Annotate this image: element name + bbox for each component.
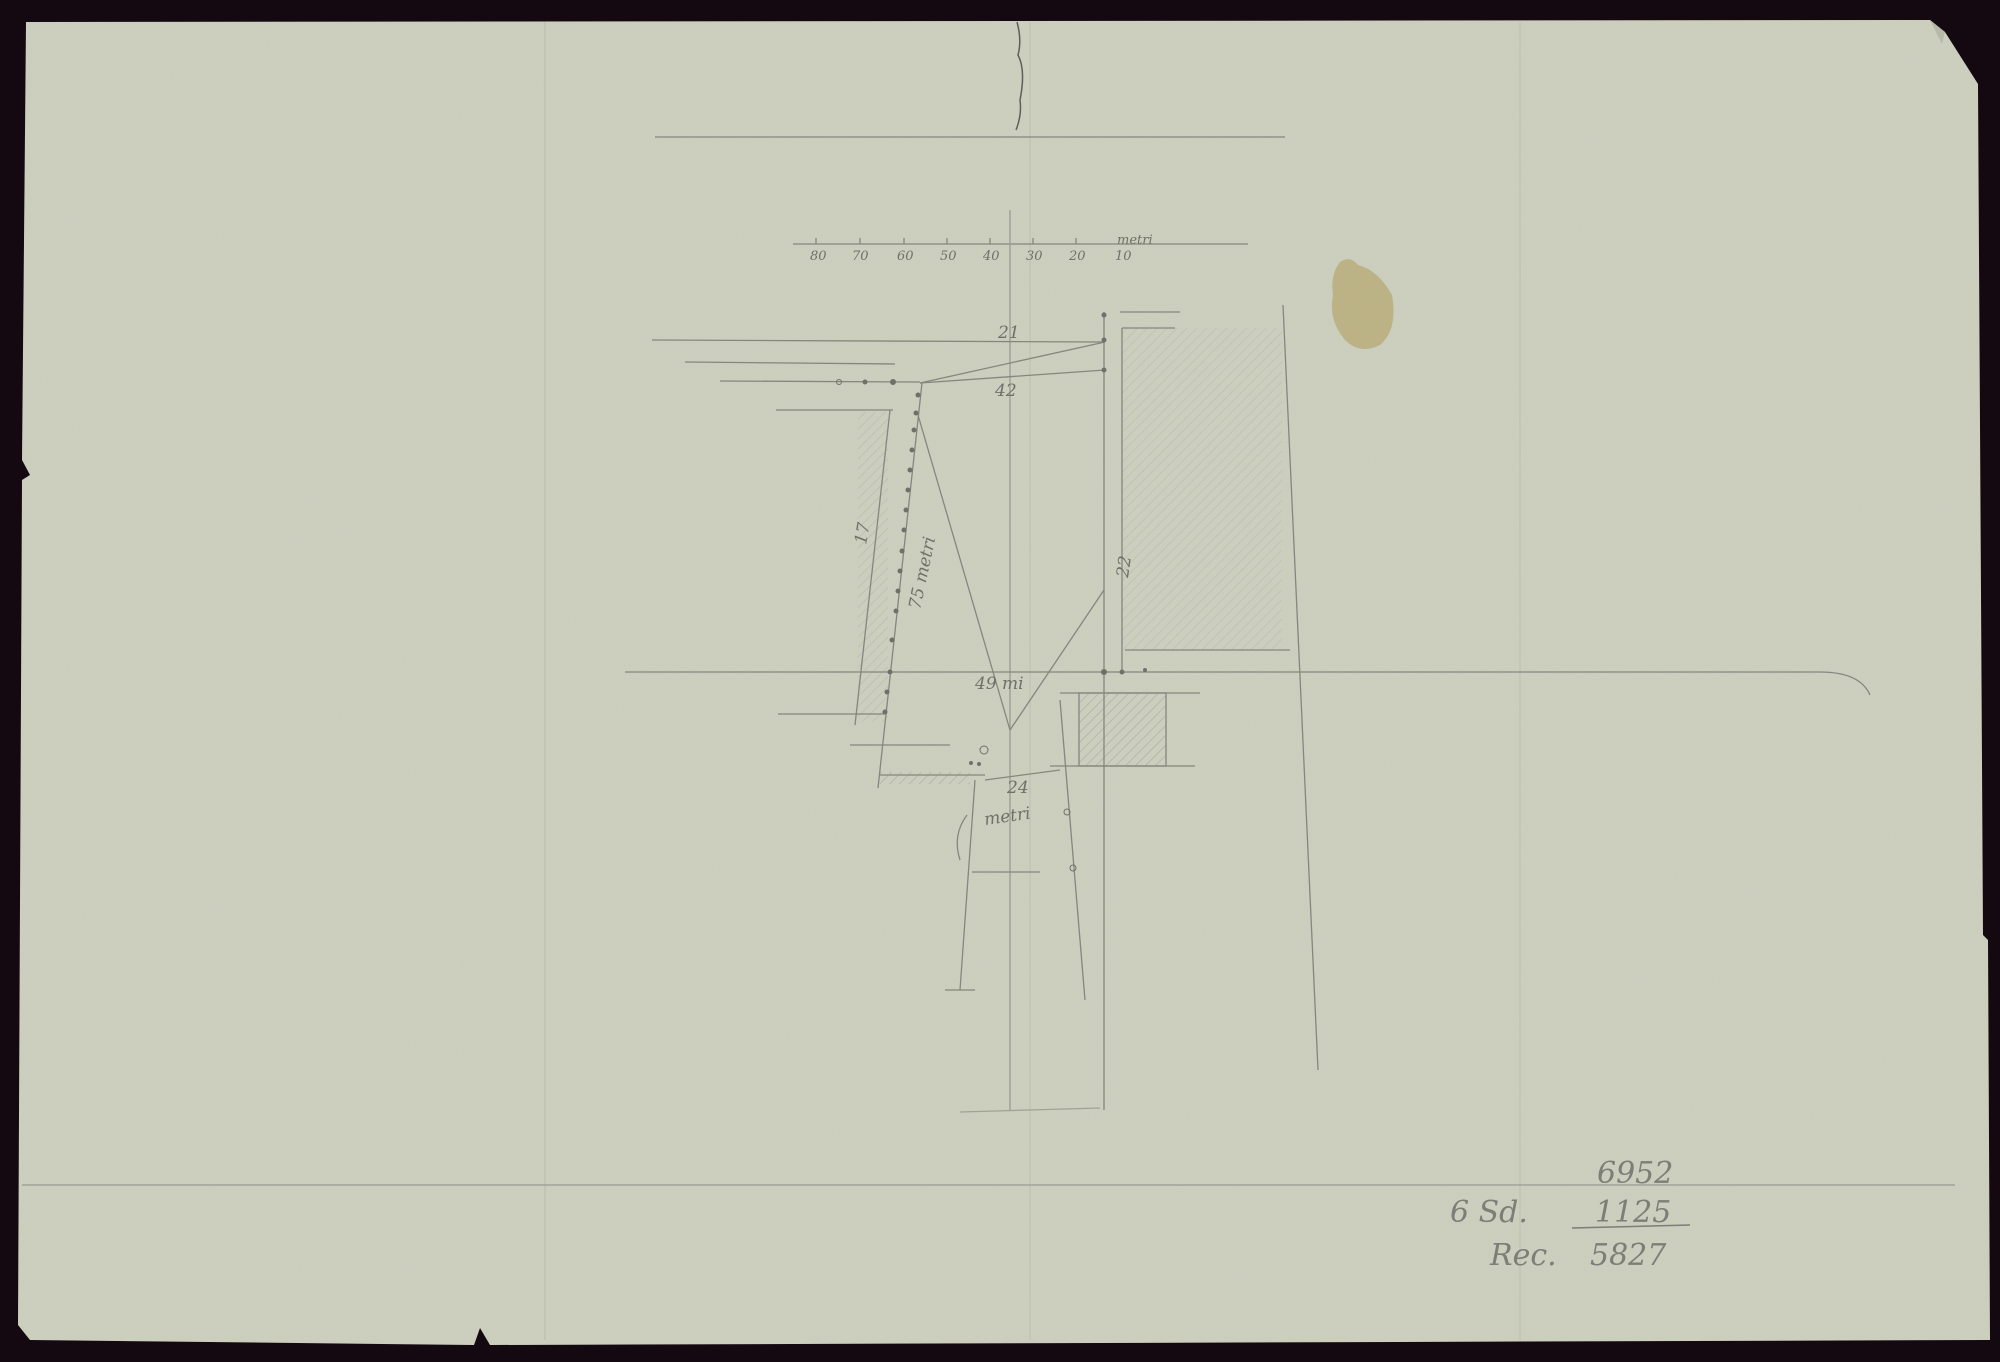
scale-tick-label: 30	[1026, 249, 1043, 264]
scanned-sheet: 80 70 60 50 40 30 20 10 metri 21 42 17 7…	[0, 0, 2000, 1362]
scale-tick-label: 60	[897, 249, 914, 264]
scale-tick-label: 50	[940, 249, 957, 264]
dim-top-width: 21	[997, 323, 1020, 343]
dim-upper-width: 42	[994, 381, 1017, 401]
scale-tick-label: 40	[982, 249, 1000, 264]
dim-left-side: 17	[851, 521, 874, 546]
note-value-2: 1125	[1595, 1195, 1671, 1230]
note-prefix-2: 6 Sd.	[1450, 1195, 1528, 1230]
scale-tick-label: 10	[1115, 249, 1132, 264]
scale-tick-label: 20	[1068, 249, 1086, 264]
dim-lower-width: 24	[1006, 778, 1029, 798]
scale-tick-label: 80	[810, 249, 827, 264]
note-value-3: 5827	[1590, 1238, 1667, 1273]
dim-center-width: 49 mi	[974, 674, 1024, 694]
dim-right-side: 22	[1113, 554, 1136, 579]
catalog-number: 6952	[1597, 1156, 1673, 1191]
scale-tick-label: 70	[852, 249, 869, 264]
note-prefix-3: Rec.	[1489, 1238, 1557, 1273]
scale-unit-label: metri	[1117, 233, 1153, 248]
